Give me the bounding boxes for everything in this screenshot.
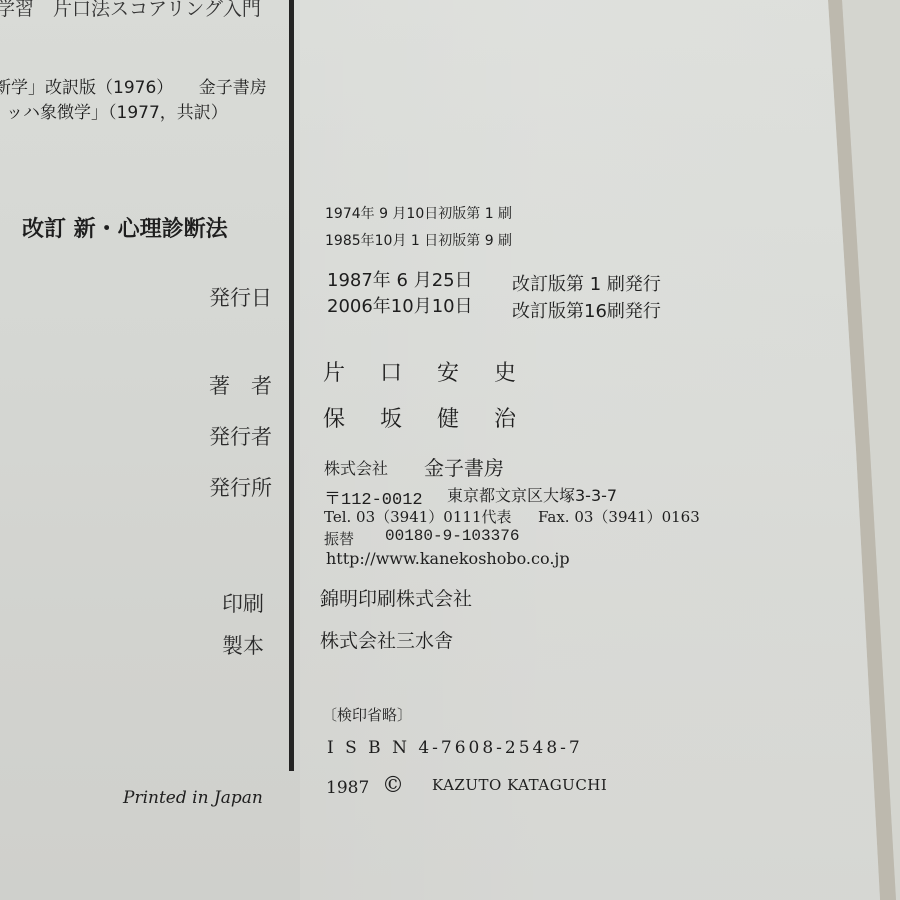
transfer-label: 振替	[324, 528, 354, 549]
label-printing: 印刷	[144, 588, 264, 618]
previous-work-1: 新学」改訳版（1976） 金子書房	[0, 73, 267, 98]
label-author: 著 者	[152, 370, 272, 400]
publisher-url: http://www.kanekoshobo.co.jp	[326, 549, 570, 568]
printed-in-japan: Printed in Japan	[123, 788, 263, 808]
author-name: 片 口 安 史	[323, 356, 530, 387]
copyright-year: 1987	[326, 778, 369, 798]
printer-name: 錦明印刷株式会社	[320, 584, 472, 611]
transfer-account: 00180-9-103376	[385, 527, 519, 545]
revised-date-1: 1987年 6 月25日	[327, 266, 473, 292]
vertical-rule	[289, 0, 294, 771]
isbn: I S B N 4-7608-2548-7	[327, 738, 583, 758]
label-publisher-person: 発行者	[152, 421, 272, 451]
seal-omitted: 〔検印省略〕	[322, 704, 412, 725]
binder-name: 株式会社三水舎	[320, 626, 453, 653]
address: 東京都文京区大塚3-3-7	[447, 483, 617, 506]
company-prefix: 株式会社	[324, 456, 388, 479]
fax: Fax. 03（3941）0163	[538, 506, 700, 527]
previous-work-2: ッハ象徴学」（1977，共訳）	[6, 98, 228, 123]
revised-note-16: 改訂版第16刷発行	[512, 297, 661, 323]
revised-date-16: 2006年10月10日	[327, 292, 473, 318]
first-edition-9: 1985年10月 1 日初版第 9 刷	[325, 230, 512, 250]
revised-note-1: 改訂版第 1 刷発行	[512, 270, 661, 296]
previous-work-top-line: 学習 片口法スコアリング入門	[0, 0, 261, 21]
telephone: Tel. 03（3941）0111代表	[324, 506, 512, 527]
copyright-holder: KAZUTO KATAGUCHI	[432, 776, 607, 794]
label-publisher-office: 発行所	[152, 472, 272, 502]
first-edition-1: 1974年 9 月10日初版第 1 刷	[325, 203, 512, 223]
publisher-person-name: 保 坂 健 治	[323, 402, 530, 433]
company-name: 金子書房	[424, 452, 504, 481]
book-title: 改訂 新・心理診断法	[22, 212, 228, 243]
label-issue-date: 発行日	[152, 282, 272, 312]
label-binding: 製本	[144, 630, 264, 660]
copyright-icon: ©	[382, 773, 404, 798]
